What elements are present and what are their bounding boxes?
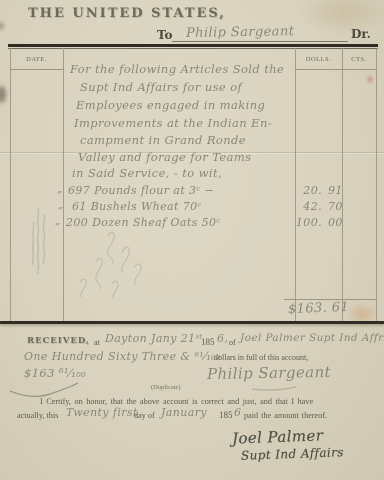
table-border-left (10, 48, 11, 322)
signer-name: Joel Palmer (232, 426, 324, 447)
received-label: RECEIVED, (27, 336, 90, 346)
year-printed: 185 (201, 337, 215, 347)
amount-in-words: One Hundred Sixty Three & ⁶¹⁄₁₀₀ (24, 350, 221, 363)
amount-figures: $163 ⁶¹⁄₁₀₀ (24, 366, 86, 380)
at-label: at (94, 338, 100, 347)
scanned-receipt-document: THE UNITED STATES, To Philip Sargeant Dr… (0, 0, 384, 480)
ditto-mark: „ (57, 184, 63, 195)
cts-column-header: CTS. (342, 56, 376, 63)
signer-title: Supt Ind Affairs (241, 445, 344, 463)
dr-label: Dr. (351, 27, 371, 41)
money-header-underline (295, 69, 377, 70)
date-header-underline (10, 69, 64, 70)
payee-signature: Philip Sargeant (207, 363, 331, 383)
day-of-label: day of (134, 411, 155, 420)
payee-underline (172, 41, 348, 42)
dolls-column-header: DOLLS. (295, 56, 342, 63)
item-description: 61 Bushels Wheat 70ᶜ (72, 200, 202, 213)
certify-closing: paid the amount thereof. (244, 411, 327, 420)
item-dollars: 20. (290, 184, 322, 197)
description-line: campment in Grand Ronde (80, 133, 246, 147)
certify-year-written: 6 (234, 406, 241, 419)
of-label: of (229, 338, 236, 347)
date-column-header: DATE. (10, 56, 63, 63)
item-cents: 91 (328, 184, 343, 197)
item-cents: 00 (328, 216, 343, 229)
description-line: Supt Ind Affairs for use of (80, 80, 242, 94)
actually-this-label: actually, this (17, 411, 58, 420)
certify-line1: I Certify, on honor, that the above acco… (40, 397, 313, 406)
description-line: For the following Articles Sold the (70, 62, 284, 76)
table-border-right (376, 48, 377, 322)
description-line: Employees engaged in making (76, 98, 265, 112)
year-written: 6, (217, 332, 228, 345)
item-dollars: 42. (290, 200, 322, 213)
ditto-mark: „ (58, 200, 64, 211)
place-and-date: Dayton Jany 21ˢᵗ (105, 332, 203, 345)
document-title: THE UNITED STATES, (28, 6, 226, 21)
certify-year-printed: 185 (219, 410, 233, 420)
stain-top-right (298, 0, 384, 36)
item-dollars: 100. (288, 216, 322, 229)
item-cents: 70 (328, 200, 343, 213)
item-description: 697 Pounds flour at 3ᶜ − (68, 184, 214, 197)
stain-red-dot (367, 76, 373, 83)
description-line: Improvements at the Indian En- (74, 116, 272, 130)
to-label: To (157, 28, 173, 42)
description-line: Valley and forage for Teams (78, 150, 251, 164)
duplicate-label: (Duplicate) (151, 384, 181, 391)
description-line: in Said Service, - to wit, (72, 166, 222, 180)
table-bottom-rule (0, 321, 384, 324)
account-total: $163. 61 (288, 300, 350, 317)
smudge-left-edge (0, 86, 6, 103)
payee-name: Philip Sargeant (186, 24, 295, 41)
ditto-mark: „ (55, 216, 61, 227)
date-column-divider (63, 48, 64, 322)
payer-name: Joel Palmer Supt Ind Affrs (240, 332, 384, 344)
day-written: Twenty first (66, 406, 138, 419)
month-written: January (161, 406, 207, 419)
smudge-left-edge-2 (0, 22, 4, 30)
item-description: 200 Dozen Sheaf Oats 50ᶜ (66, 216, 221, 229)
header-rule-thick (8, 44, 378, 47)
dollars-in-full-text: dollars in full of this account, (214, 353, 308, 362)
